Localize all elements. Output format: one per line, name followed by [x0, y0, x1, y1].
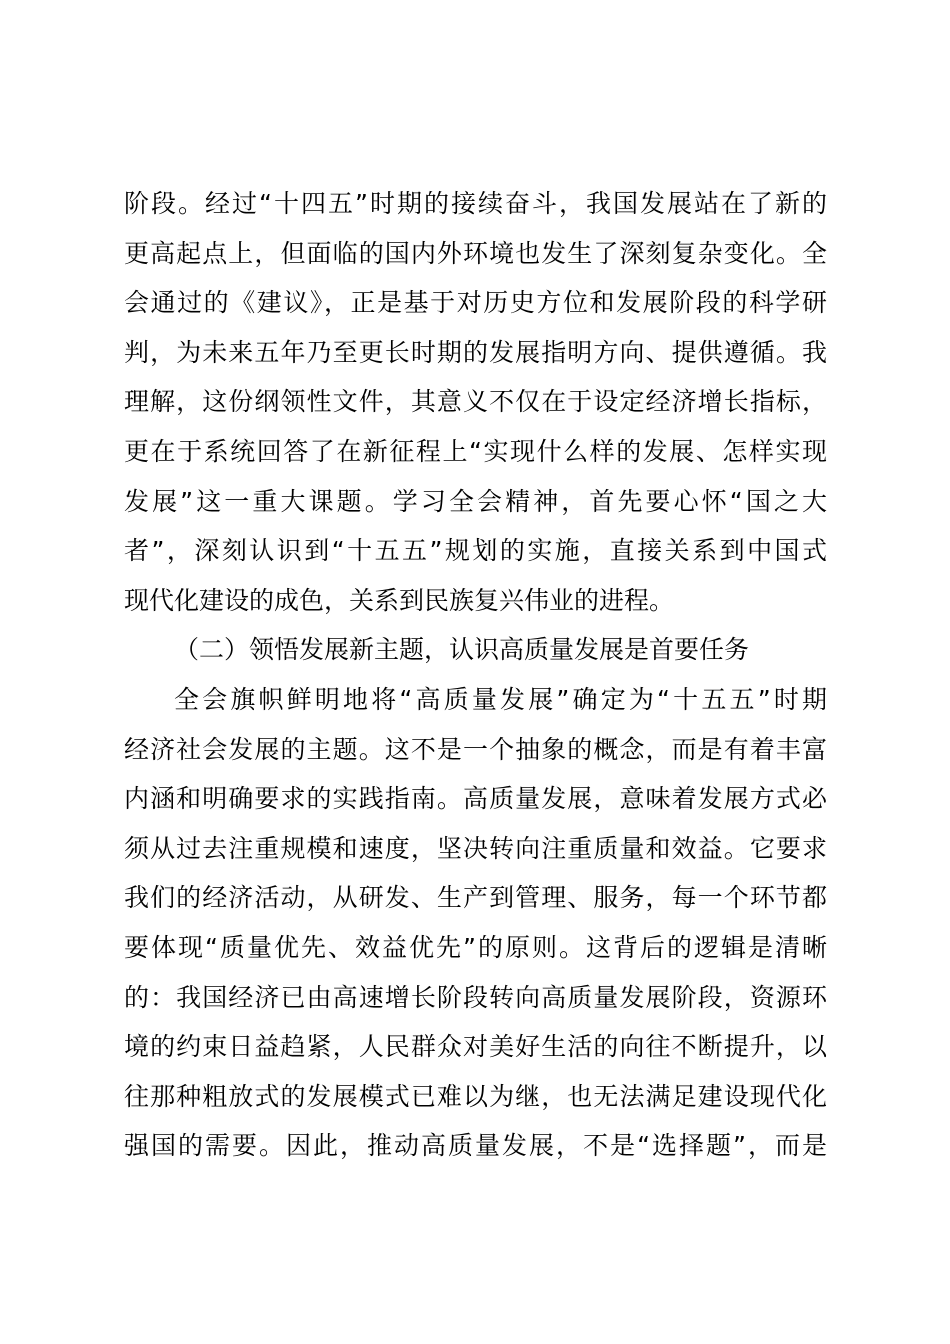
text-line: 我们的经济活动，从研发、生产到管理、服务，每一个环节都	[124, 873, 827, 923]
text-line: 判，为未来五年乃至更长时期的发展指明方向、提供遵循。我	[124, 328, 827, 378]
text-line: 内涵和明确要求的实践指南。高质量发展，意味着发展方式必	[124, 774, 827, 824]
text-line: 更在于系统回答了在新征程上“实现什么样的发展、怎样实现	[124, 427, 827, 477]
text-line: 强国的需要。因此，推动高质量发展，不是“选择题”，而是	[124, 1121, 827, 1171]
text-line: 发展”这一重大课题。学习全会精神，首先要心怀“国之大	[124, 477, 827, 527]
document-text-block: 阶段。经过“十四五”时期的接续奋斗，我国发展站在了新的更高起点上，但面临的国内外…	[124, 179, 827, 1171]
text-line: 会通过的《建议》，正是基于对历史方位和发展阶段的科学研	[124, 278, 827, 328]
document-page: 阶段。经过“十四五”时期的接续奋斗，我国发展站在了新的更高起点上，但面临的国内外…	[0, 0, 950, 1344]
text-line: 更高起点上，但面临的国内外环境也发生了深刻复杂变化。全	[124, 229, 827, 279]
text-line: 现代化建设的成色，关系到民族复兴伟业的进程。	[124, 576, 827, 626]
section-heading-line: （二）领悟发展新主题，认识高质量发展是首要任务	[124, 625, 827, 675]
text-line: 者”，深刻认识到“十五五”规划的实施，直接关系到中国式	[124, 526, 827, 576]
text-line: 阶段。经过“十四五”时期的接续奋斗，我国发展站在了新的	[124, 179, 827, 229]
text-line: 理解，这份纲领性文件，其意义不仅在于设定经济增长指标，	[124, 377, 827, 427]
text-line: 要体现“质量优先、效益优先”的原则。这背后的逻辑是清晰	[124, 923, 827, 973]
text-line: 经济社会发展的主题。这不是一个抽象的概念，而是有着丰富	[124, 725, 827, 775]
text-line: 境的约束日益趋紧，人民群众对美好生活的向往不断提升，以	[124, 1022, 827, 1072]
text-line: 的：我国经济已由高速增长阶段转向高质量发展阶段，资源环	[124, 973, 827, 1023]
text-line: 往那种粗放式的发展模式已难以为继，也无法满足建设现代化	[124, 1072, 827, 1122]
text-line: 全会旗帜鲜明地将“高质量发展”确定为“十五五”时期	[124, 675, 827, 725]
text-line: 须从过去注重规模和速度，坚决转向注重质量和效益。它要求	[124, 824, 827, 874]
